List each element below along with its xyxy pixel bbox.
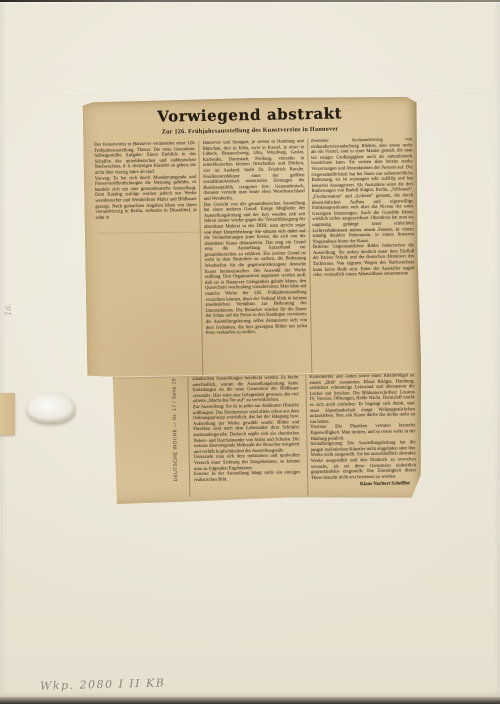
paper-crease [8, 596, 78, 604]
edge-paper-strip [0, 393, 15, 435]
page-top-edge [0, 0, 500, 2]
article-byline: Klaus Norbert Scheffler [311, 481, 416, 488]
article-column-3: Zweitens: Sechsundvierzig von einhundert… [307, 137, 419, 373]
article-headline: Vorwiegend abstrakt [83, 103, 417, 127]
page-bottom-edge [0, 697, 500, 704]
article-column-4: ständischen Ausstellungen beschickt werd… [189, 375, 303, 497]
article-column-5: Kistenbretter und -latten sowie einen Kl… [305, 373, 419, 495]
article-column-5-text: Kistenbretter und -latten sowie einen Kl… [309, 373, 416, 481]
handwritten-inventory-note: Wkp. 2080 I II KB [40, 676, 166, 692]
torn-paper-tab [26, 394, 74, 423]
newspaper-clipping: Vorwiegend abstrakt Zur 126. Frühjahrsau… [83, 95, 424, 505]
article-column-2: Hannover und Stuttgart, je sieben in Ham… [199, 139, 311, 375]
article-column-1: Der Kunstverein in Hannover veranstaltet… [91, 141, 202, 377]
pencil-page-number: 16. [4, 303, 13, 316]
album-page: 16. Vorwiegend abstrakt Zur 126. Frühjah… [0, 2, 500, 699]
paper-crease [0, 390, 30, 391]
paper-crease [418, 87, 500, 91]
article-upper-columns: Der Kunstverein in Hannover veranstaltet… [91, 137, 419, 377]
newspaper-margin-caption: DEUTSCHE WOCHE — Nr. 17 / Seite 10 [172, 385, 184, 481]
paper-crease [0, 93, 96, 96]
